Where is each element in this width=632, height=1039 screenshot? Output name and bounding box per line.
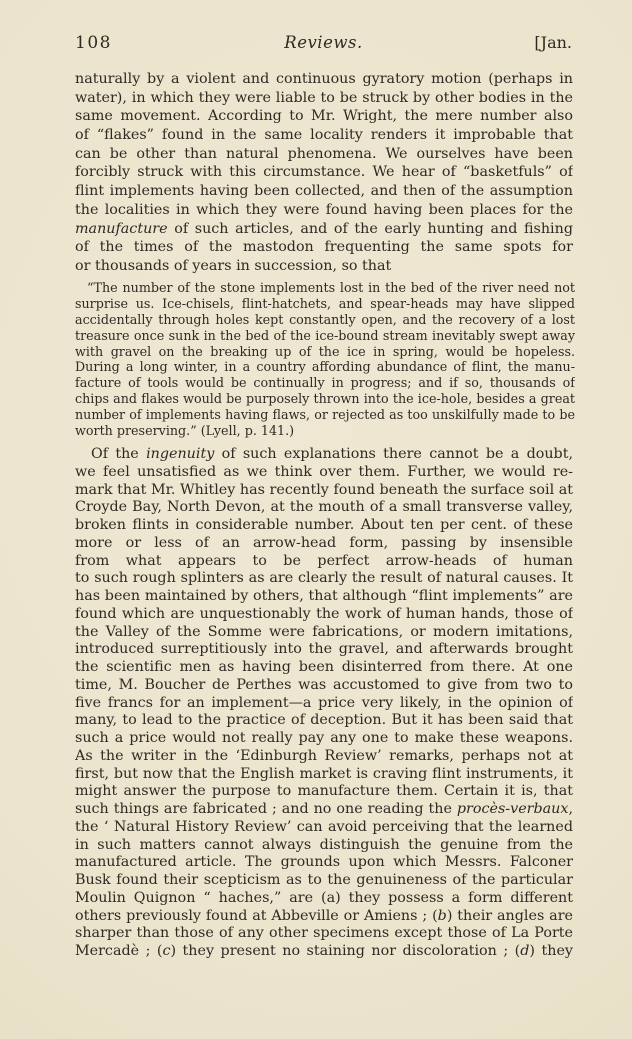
text-line: such things are fabricated ; and no one … [75,801,573,819]
text-line: of “flakes” found in the same locality r… [75,126,573,145]
paragraph-continuation: naturally by a violent and continuous gy… [75,70,573,276]
text-line: of the times of the mastodon frequenting… [75,238,573,257]
text-line: “The number of the stone implements lost… [75,280,575,296]
text-line: manufacture of such articles, and of the… [75,220,573,239]
text-segment: ) they [529,943,573,959]
text-line: water), in which they were liable to be … [75,89,573,108]
text-line: the localities in which they were found … [75,201,573,220]
book-page: 108 Reviews. [Jan. naturally by a violen… [0,0,632,1039]
text-line: the scientific men as having been disint… [75,659,573,677]
text-line: from what appears to be perfect arrow-he… [75,553,573,571]
text-line: Mercadè ; (c) they present no staining n… [75,943,573,961]
paragraph-main: Of the ingenuity of such explanations th… [75,446,573,961]
text-line: might answer the purpose to manufacture … [75,783,573,801]
text-line: others previously found at Abbeville or … [75,908,573,926]
text-line: Busk found their scepticism as to the ge… [75,872,573,890]
text-line: sharper than those of any other specimen… [75,925,573,943]
text-line: number of implements having flaws, or re… [75,407,575,423]
text-line: the Valley of the Somme were fabrication… [75,624,573,642]
italic-text: ingenuity [146,446,214,462]
text-line: in such matters cannot always distinguis… [75,837,573,855]
italic-text: manufacture [75,221,168,237]
text-segment: Mercadè ; ( [75,943,162,959]
text-segment: ) their angles are [447,908,573,924]
text-line: more or less of an arrow-head form, pass… [75,535,573,553]
text-line: time, M. Boucher de Perthes was accustom… [75,677,573,695]
text-line: with gravel on the breaking up of the ic… [75,344,575,360]
text-line: introduced surreptitiously into the grav… [75,641,573,659]
text-line: same movement. According to Mr. Wright, … [75,107,573,126]
text-line: the ‘ Natural History Review’ can avoid … [75,819,573,837]
text-line: Moulin Quignon “ haches,” are (a) they p… [75,890,573,908]
text-line: Croyde Bay, North Devon, at the mouth of… [75,499,573,517]
text-segment: such things are fabricated ; and no one … [75,801,457,817]
block-quote-lyell: “The number of the stone implements lost… [75,280,575,439]
text-line: flint implements having been collected, … [75,182,573,201]
text-line: first, but now that the English market i… [75,766,573,784]
text-line: As the writer in the ‘Edinburgh Review’ … [75,748,573,766]
text-line: accidentally through holes kept constant… [75,312,575,328]
text-line: broken flints in considerable number. Ab… [75,517,573,535]
text-line: such a price would not really pay any on… [75,730,573,748]
text-line: found which are unquestionably the work … [75,606,573,624]
text-line: facture of tools would be continually in… [75,375,575,391]
text-line: worth preserving.” (Lyell, p. 141.) [75,423,575,439]
text-segment: ) they present no staining nor discolora… [170,943,520,959]
page-header: 108 Reviews. [Jan. [75,32,572,54]
text-line: forcibly struck with this circumstance. … [75,163,573,182]
text-line: Of the ingenuity of such explanations th… [75,446,573,464]
text-line: naturally by a violent and continuous gy… [75,70,573,89]
italic-text: procès-verbaux [457,801,569,817]
text-line: to such rough splinters as are clearly t… [75,570,573,588]
issue-label: [Jan. [534,33,572,52]
text-line: treasure once sunk in the bed of the ice… [75,328,575,344]
text-line: many, to lead to the practice of decepti… [75,712,573,730]
text-line: we feel unsatisfied as we think over the… [75,464,573,482]
running-title: Reviews. [75,33,572,52]
text-line: can be other than natural phenomena. We … [75,145,573,164]
text-line: or thousands of years in succession, so … [75,257,573,276]
text-segment: others previously found at Abbeville or … [75,908,438,924]
italic-text: b [438,908,447,924]
text-line: manufactured article. The grounds upon w… [75,854,573,872]
text-line: has been maintained by others, that alth… [75,588,573,606]
text-line: chips and flakes would be purposely thro… [75,391,575,407]
text-line: mark that Mr. Whitley has recently found… [75,482,573,500]
text-line: During a long winter, in a country affor… [75,359,575,375]
text-line: five francs for an implement—a price ver… [75,695,573,713]
text-line: surprise us. Ice-chisels, flint-hatchets… [75,296,575,312]
text-segment: Of the [91,446,146,462]
